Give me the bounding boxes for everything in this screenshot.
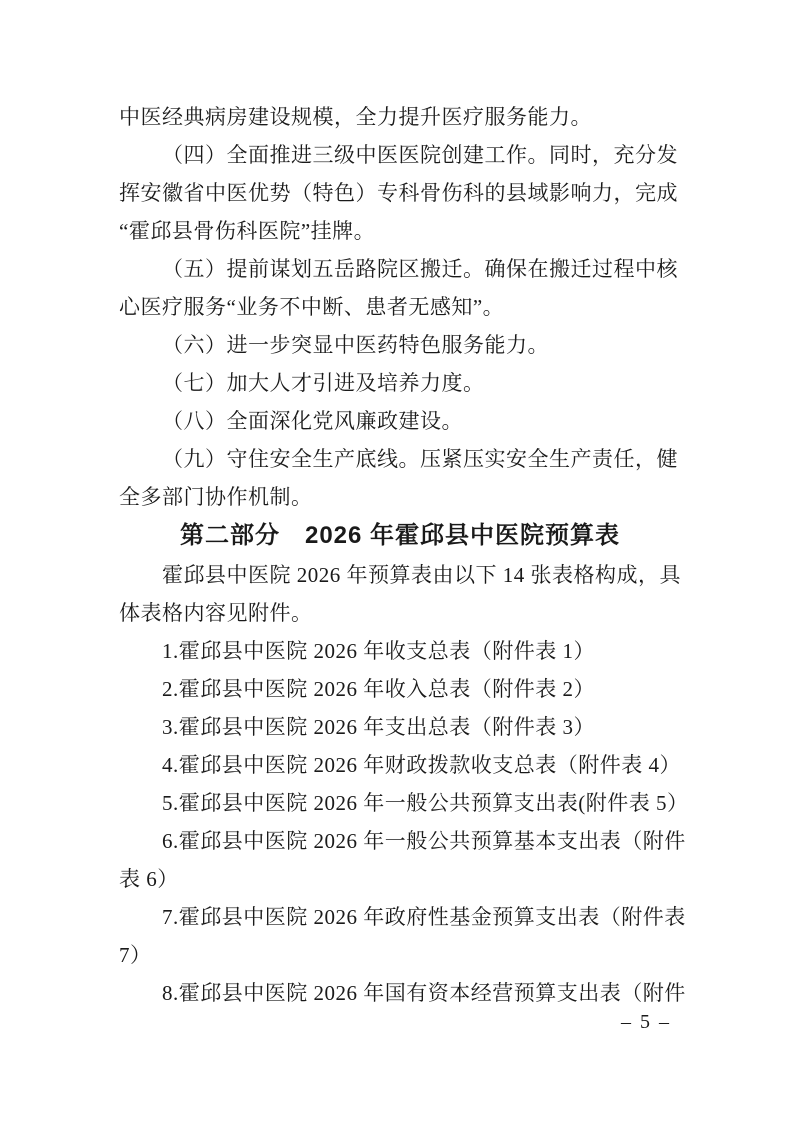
text-line: （九）守住安全生产底线。压紧压实安全生产责任，健 bbox=[119, 440, 681, 478]
list-item-line: 2.霍邱县中医院 2026 年收入总表（附件表 2） bbox=[119, 670, 681, 708]
text-line: 全多部门协作机制。 bbox=[119, 478, 681, 516]
text-line: （五）提前谋划五岳路院区搬迁。确保在搬迁过程中核 bbox=[119, 250, 681, 288]
text-line: 体表格内容见附件。 bbox=[119, 594, 681, 632]
text-line: （八）全面深化党风廉政建设。 bbox=[119, 402, 681, 440]
text-line: “霍邱县骨伤科医院”挂牌。 bbox=[119, 212, 681, 250]
text-line: （四）全面推进三级中医医院创建工作。同时，充分发 bbox=[119, 136, 681, 174]
text-line: 霍邱县中医院 2026 年预算表由以下 14 张表格构成，具 bbox=[119, 556, 681, 594]
document-body: 中医经典病房建设规模，全力提升医疗服务能力。 （四）全面推进三级中医医院创建工作… bbox=[119, 98, 681, 1012]
list-item-line: 1.霍邱县中医院 2026 年收支总表（附件表 1） bbox=[119, 632, 681, 670]
list-item-line: 3.霍邱县中医院 2026 年支出总表（附件表 3） bbox=[119, 708, 681, 746]
list-item-line: 表 6） bbox=[119, 860, 681, 898]
list-item-line: 7.霍邱县中医院 2026 年政府性基金预算支出表（附件表 bbox=[119, 898, 681, 936]
document-page: 中医经典病房建设规模，全力提升医疗服务能力。 （四）全面推进三级中医医院创建工作… bbox=[0, 0, 793, 1122]
list-item-line: 6.霍邱县中医院 2026 年一般公共预算基本支出表（附件 bbox=[119, 822, 681, 860]
page-number: – 5 – bbox=[119, 1008, 671, 1036]
text-line: 挥安徽省中医优势（特色）专科骨伤科的县域影响力，完成 bbox=[119, 174, 681, 212]
list-item-line: 7） bbox=[119, 936, 681, 974]
text-line: 中医经典病房建设规模，全力提升医疗服务能力。 bbox=[119, 98, 681, 136]
text-line: （六）进一步突显中医药特色服务能力。 bbox=[119, 326, 681, 364]
list-item-line: 5.霍邱县中医院 2026 年一般公共预算支出表(附件表 5） bbox=[119, 784, 681, 822]
list-item-line: 4.霍邱县中医院 2026 年财政拨款收支总表（附件表 4） bbox=[119, 746, 681, 784]
section-heading: 第二部分 2026 年霍邱县中医院预算表 bbox=[119, 516, 681, 556]
list-item-line: 8.霍邱县中医院 2026 年国有资本经营预算支出表（附件 bbox=[119, 974, 681, 1012]
text-line: 心医疗服务“业务不中断、患者无感知”。 bbox=[119, 288, 681, 326]
text-line: （七）加大人才引进及培养力度。 bbox=[119, 364, 681, 402]
